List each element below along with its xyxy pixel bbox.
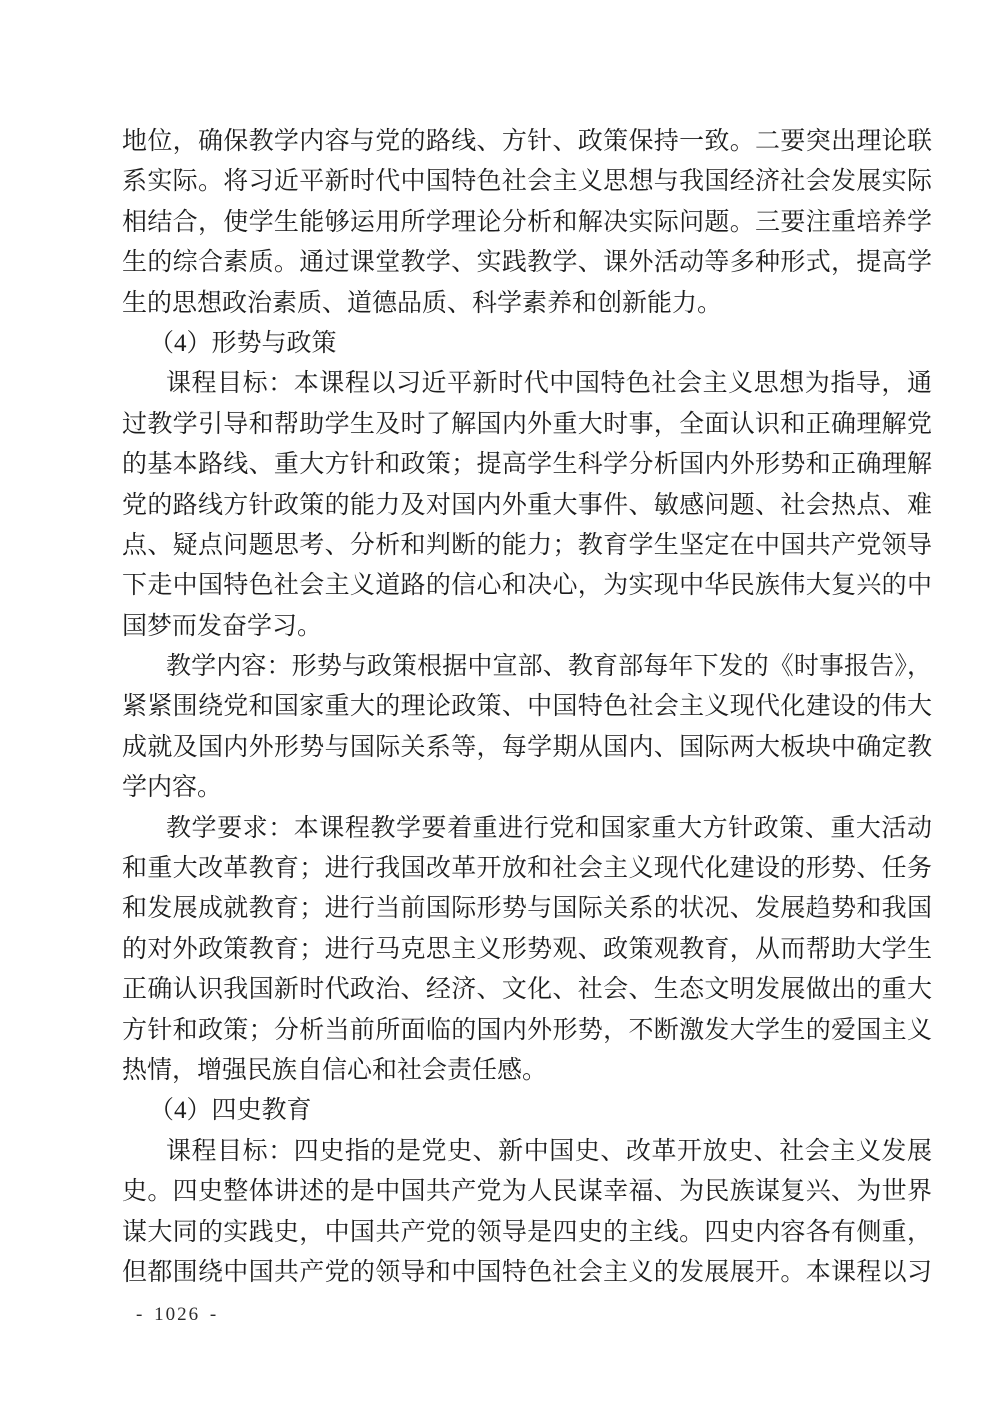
- text-line: 国梦而发奋学习。: [122, 607, 932, 647]
- document-body: 地位，确保教学内容与党的路线、方针、政策保持一致。二要突出理论联系实际。将习近平…: [122, 122, 932, 1293]
- text-line: 下走中国特色社会主义道路的信心和决心，为实现中华民族伟大复兴的中: [122, 566, 932, 606]
- text-line: 党的路线方针政策的能力及对国内外重大事件、敏感问题、社会热点、难: [122, 486, 932, 526]
- text-line: （4）形势与政策: [122, 324, 932, 364]
- text-line: 课程目标：本课程以习近平新时代中国特色社会主义思想为指导，通: [122, 364, 932, 404]
- text-line: 的基本路线、重大方针和政策；提高学生科学分析国内外形势和正确理解: [122, 445, 932, 485]
- text-line: 方针和政策；分析当前所面临的国内外形势，不断激发大学生的爱国主义: [122, 1011, 932, 1051]
- text-line: 地位，确保教学内容与党的路线、方针、政策保持一致。二要突出理论联: [122, 122, 932, 162]
- text-line: 成就及国内外形势与国际关系等，每学期从国内、国际两大板块中确定教: [122, 728, 932, 768]
- text-line: 相结合，使学生能够运用所学理论分析和解决实际问题。三要注重培养学: [122, 203, 932, 243]
- text-line: 点、疑点问题思考、分析和判断的能力；教育学生坚定在中国共产党领导: [122, 526, 932, 566]
- text-line: 教学内容：形势与政策根据中宣部、教育部每年下发的《时事报告》，: [122, 647, 932, 687]
- document-page: 地位，确保教学内容与党的路线、方针、政策保持一致。二要突出理论联系实际。将习近平…: [0, 0, 1000, 1414]
- text-line: （4）四史教育: [122, 1091, 932, 1131]
- text-line: 学内容。: [122, 768, 932, 808]
- text-line: 热情，增强民族自信心和社会责任感。: [122, 1051, 932, 1091]
- text-line: 和发展成就教育；进行当前国际形势与国际关系的状况、发展趋势和我国: [122, 889, 932, 929]
- text-line: 正确认识我国新时代政治、经济、文化、社会、生态文明发展做出的重大: [122, 970, 932, 1010]
- text-line: 系实际。将习近平新时代中国特色社会主义思想与我国经济社会发展实际: [122, 162, 932, 202]
- page-number: - 1026 -: [136, 1303, 218, 1327]
- text-line: 教学要求：本课程教学要着重进行党和国家重大方针政策、重大活动: [122, 809, 932, 849]
- text-line: 生的思想政治素质、道德品质、科学素养和创新能力。: [122, 284, 932, 324]
- text-line: 生的综合素质。通过课堂教学、实践教学、课外活动等多种形式，提高学: [122, 243, 932, 283]
- text-line: 的对外政策教育；进行马克思主义形势观、政策观教育，从而帮助大学生: [122, 930, 932, 970]
- text-line: 紧紧围绕党和国家重大的理论政策、中国特色社会主义现代化建设的伟大: [122, 687, 932, 727]
- text-line: 过教学引导和帮助学生及时了解国内外重大时事，全面认识和正确理解党: [122, 405, 932, 445]
- text-line: 课程目标：四史指的是党史、新中国史、改革开放史、社会主义发展: [122, 1132, 932, 1172]
- text-line: 但都围绕中国共产党的领导和中国特色社会主义的发展展开。本课程以习: [122, 1253, 932, 1293]
- text-line: 和重大改革教育；进行我国改革开放和社会主义现代化建设的形势、任务: [122, 849, 932, 889]
- text-line: 史。四史整体讲述的是中国共产党为人民谋幸福、为民族谋复兴、为世界: [122, 1172, 932, 1212]
- text-line: 谋大同的实践史，中国共产党的领导是四史的主线。四史内容各有侧重，: [122, 1213, 932, 1253]
